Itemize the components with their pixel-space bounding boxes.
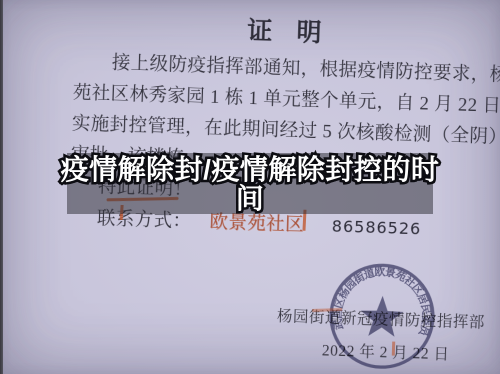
headline-text: 间	[236, 184, 265, 213]
headline-text: 疫情解除封/疫情解除封控的时	[61, 155, 440, 184]
orange-annotation-mark	[392, 342, 395, 356]
official-seal: 武昌区杨园街道欧景苑社区居民委员会	[324, 258, 439, 373]
headline-overlay: 疫情解除封/疫情解除封控的时 间	[67, 153, 433, 214]
contact-phone: 86586526	[331, 211, 421, 245]
doc-body: 接上级防疫指挥部通知，根据疫情防控要求，杨园街道欧景 苑社区林秀家园 1 栋 1…	[68, 47, 484, 247]
photo-edge-strip	[0, 0, 3, 374]
star-icon	[360, 295, 404, 337]
certificate-photo: 证 明 接上级防疫指挥部通知，根据疫情防控要求，杨园街道欧景 苑社区林秀家园 1…	[0, 0, 500, 374]
